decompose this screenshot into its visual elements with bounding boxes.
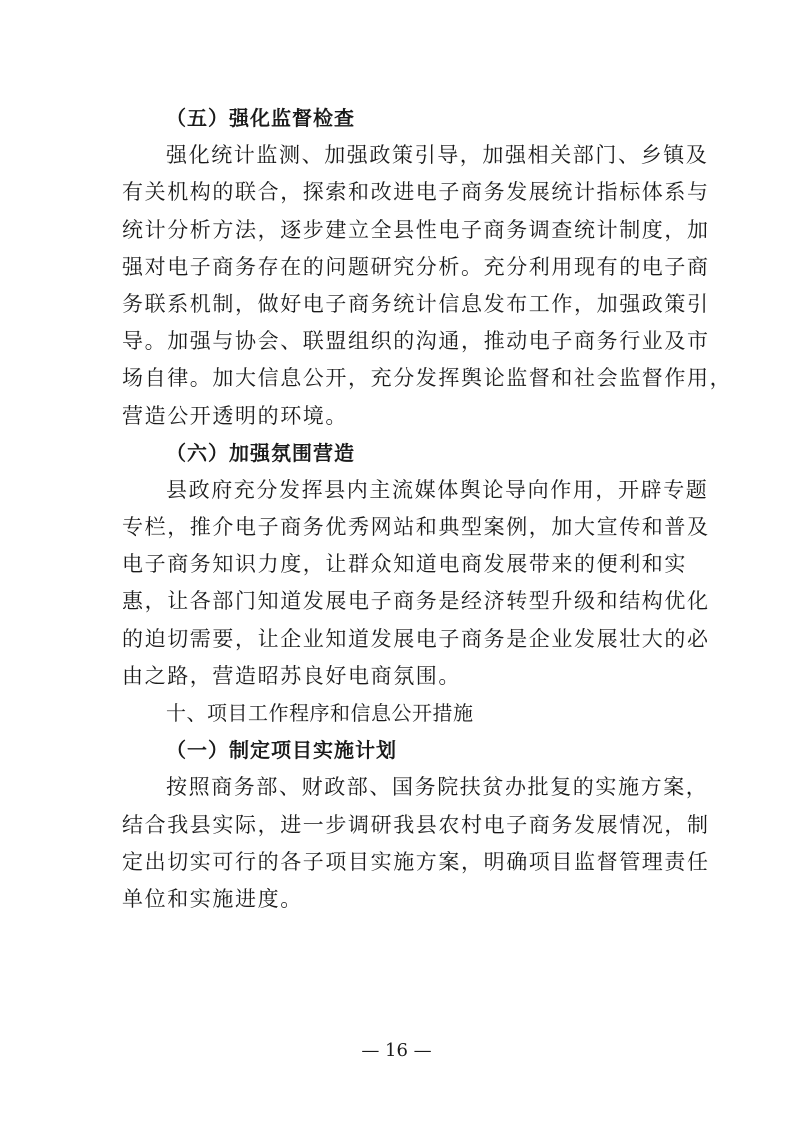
paragraph-line: 按照商务部、财政部、国务院扶贫办批复的实施方案， xyxy=(122,769,674,806)
paragraph-line: 结合我县实际，进一步调研我县农村电子商务发展情况，制 xyxy=(122,807,674,844)
paragraph-line: 惠，让各部门知道发展电子商务是经济转型升级和结构优化 xyxy=(122,583,674,620)
document-page: （五）强化监督检查 强化统计监测、加强政策引导，加强相关部门、乡镇及 有关机构的… xyxy=(0,0,793,1122)
paragraph-line: 专栏，推介电子商务优秀网站和典型案例，加大宣传和普及 xyxy=(122,509,674,546)
paragraph-line: 有关机构的联合，探索和改进电子商务发展统计指标体系与 xyxy=(122,174,674,211)
paragraph-line: 场自律。加大信息公开，充分发挥舆论监督和社会监督作用， xyxy=(122,360,674,397)
paragraph-line: 营造公开透明的环境。 xyxy=(122,398,674,435)
paragraph-line: 强化统计监测、加强政策引导，加强相关部门、乡镇及 xyxy=(122,137,674,174)
subsection-heading-5: （五）强化监督检查 xyxy=(122,100,674,137)
subsection-heading-6: （六）加强氛围营造 xyxy=(122,435,674,472)
paragraph-line: 定出切实可行的各子项目实施方案，明确项目监督管理责任 xyxy=(122,844,674,881)
page-number: — 16 — xyxy=(0,1040,793,1061)
document-body: （五）强化监督检查 强化统计监测、加强政策引导，加强相关部门、乡镇及 有关机构的… xyxy=(122,100,674,918)
paragraph-line: 导。加强与协会、联盟组织的沟通，推动电子商务行业及市 xyxy=(122,323,674,360)
paragraph-supervision: 强化统计监测、加强政策引导，加强相关部门、乡镇及 有关机构的联合，探索和改进电子… xyxy=(122,137,674,435)
paragraph-line: 强对电子商务存在的问题研究分析。充分利用现有的电子商 xyxy=(122,249,674,286)
paragraph-line: 务联系机制，做好电子商务统计信息发布工作，加强政策引 xyxy=(122,286,674,323)
paragraph-line: 统计分析方法，逐步建立全县性电子商务调查统计制度，加 xyxy=(122,212,674,249)
paragraph-line: 单位和实施进度。 xyxy=(122,881,674,918)
paragraph-implementation-plan: 按照商务部、财政部、国务院扶贫办批复的实施方案， 结合我县实际，进一步调研我县农… xyxy=(122,769,674,918)
paragraph-line: 电子商务知识力度，让群众知道电商发展带来的便利和实 xyxy=(122,546,674,583)
subsection-heading-1: （一）制定项目实施计划 xyxy=(122,732,674,769)
section-heading-10: 十、项目工作程序和信息公开措施 xyxy=(122,695,674,732)
paragraph-line: 的迫切需要，让企业知道发展电子商务是企业发展壮大的必 xyxy=(122,621,674,658)
paragraph-line: 由之路，营造昭苏良好电商氛围。 xyxy=(122,658,674,695)
paragraph-atmosphere: 县政府充分发挥县内主流媒体舆论导向作用，开辟专题 专栏，推介电子商务优秀网站和典… xyxy=(122,472,674,695)
paragraph-line: 县政府充分发挥县内主流媒体舆论导向作用，开辟专题 xyxy=(122,472,674,509)
